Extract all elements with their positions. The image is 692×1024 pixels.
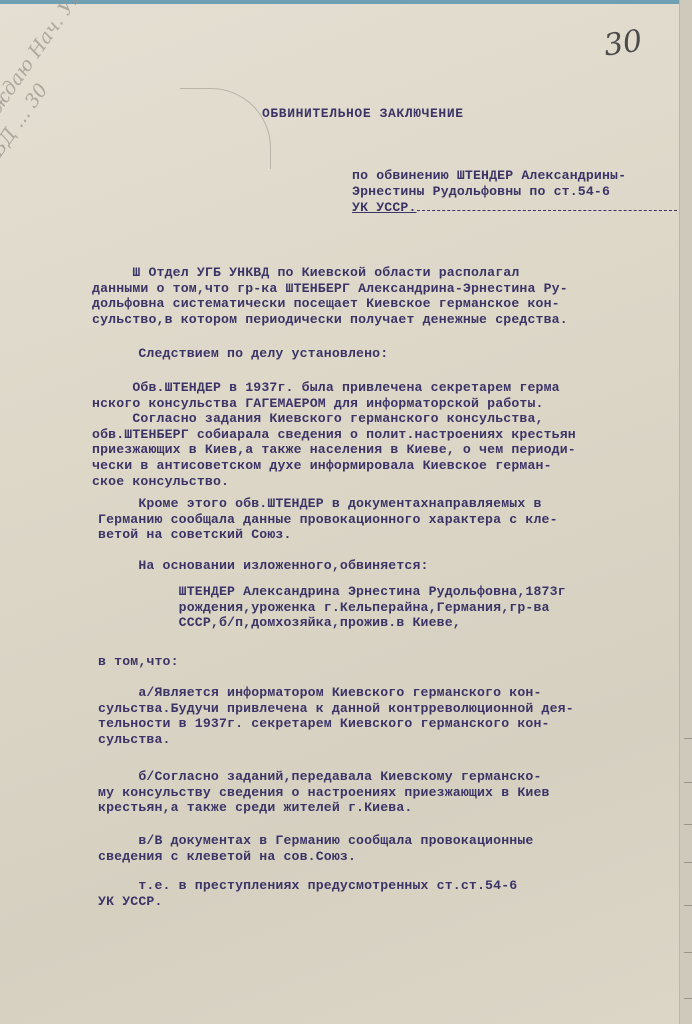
paragraph-intro: Ш Отдел УГБ УНКВД по Киевской области ра… — [92, 265, 568, 327]
text-line: Германию сообщала данные провокационного… — [98, 512, 558, 528]
text-line: сведения с клеветой на сов.Союз. — [98, 849, 533, 865]
text-line: дольфовна систематически посещает Киевск… — [92, 296, 568, 312]
text-line: Обв.ШТЕНДЕР в 1937г. была привлечена сек… — [92, 380, 576, 396]
text-line: ское консульство. — [92, 474, 576, 490]
paragraph-conclusion: т.е. в преступлениях предусмотренных ст.… — [98, 878, 517, 909]
paragraph-accused-heading: На основании изложенного,обвиняется: — [98, 558, 429, 574]
text-line: Следствием по делу установлено: — [98, 346, 388, 362]
text-line: б/Согласно заданий,передавала Киевскому … — [98, 769, 550, 785]
text-line: рождения,уроженка г.Кельперайна,Германия… — [98, 600, 566, 616]
text-line: Кроме этого обв.ШТЕНДЕР в документахнапр… — [98, 496, 558, 512]
text-line: в том,что: — [98, 654, 179, 670]
paragraph-in-that: в том,что: — [98, 654, 179, 670]
subject-line: Эрнестины Рудольфовны по ст.54-6 — [352, 184, 677, 200]
text-line: в/В документах в Германию сообщала прово… — [98, 833, 533, 849]
text-line: обв.ШТЕНБЕРГ собиарала сведения о полит.… — [92, 427, 576, 443]
paragraph-additionally: Кроме этого обв.ШТЕНДЕР в документахнапр… — [98, 496, 558, 543]
paragraph-charge-a: а/Является информатором Киевского герман… — [98, 685, 574, 747]
text-line: чески в антисоветском духе информировала… — [92, 458, 576, 474]
text-line: УК УССР. — [98, 894, 517, 910]
paragraph-investigation-heading: Следствием по делу установлено: — [98, 346, 388, 362]
text-line: а/Является информатором Киевского герман… — [98, 685, 574, 701]
text-line: приезжающих в Киев,а также населения в К… — [92, 442, 576, 458]
text-line: нского консульства ГАГЕМАЕРОМ для информ… — [92, 396, 576, 412]
paragraph-findings: Обв.ШТЕНДЕР в 1937г. была привлечена сек… — [92, 380, 576, 489]
text-line: ШТЕНДЕР Александрина Эрнестина Рудольфов… — [98, 584, 566, 600]
text-line: На основании изложенного,обвиняется: — [98, 558, 429, 574]
underlying-page-edge — [679, 0, 692, 1024]
subject-line: УК УССР. — [352, 199, 677, 216]
text-line: данными о том,что гр-ка ШТЕНБЕРГ Алексан… — [92, 281, 568, 297]
paragraph-accused: ШТЕНДЕР Александрина Эрнестина Рудольфов… — [98, 584, 566, 631]
paragraph-charge-b: б/Согласно заданий,передавала Киевскому … — [98, 769, 550, 816]
underline-fill — [417, 199, 677, 211]
text-line: Согласно задания Киевского германского к… — [92, 411, 576, 427]
text-line: Ш Отдел УГБ УНКВД по Киевской области ра… — [92, 265, 568, 281]
text-line: сульства.Будучи привлечена к данной конт… — [98, 701, 574, 717]
text-line: тельности в 1937г. секретарем Киевского … — [98, 716, 574, 732]
text-line: крестьян,а также среди жителей г.Киева. — [98, 800, 550, 816]
text-line: ветой на советский Союз. — [98, 527, 558, 543]
text-line: му консульству сведения о настроениях пр… — [98, 785, 550, 801]
text-line: СССР,б/п,домхозяйка,прожив.в Киеве, — [98, 615, 566, 631]
page-number: 30 — [602, 24, 645, 64]
subject-block: по обвинению ШТЕНДЕР Александрины- Эрнес… — [352, 168, 677, 216]
subject-code: УК УССР. — [352, 200, 417, 215]
document-title: ОБВИНИТЕЛЬНОЕ ЗАКЛЮЧЕНИЕ — [262, 106, 464, 122]
text-line: сульство,в котором периодически получает… — [92, 312, 568, 328]
subject-line: по обвинению ШТЕНДЕР Александрины- — [352, 168, 677, 184]
text-line: т.е. в преступлениях предусмотренных ст.… — [98, 878, 517, 894]
text-line: сульства. — [98, 732, 574, 748]
paragraph-charge-c: в/В документах в Германию сообщала прово… — [98, 833, 533, 864]
